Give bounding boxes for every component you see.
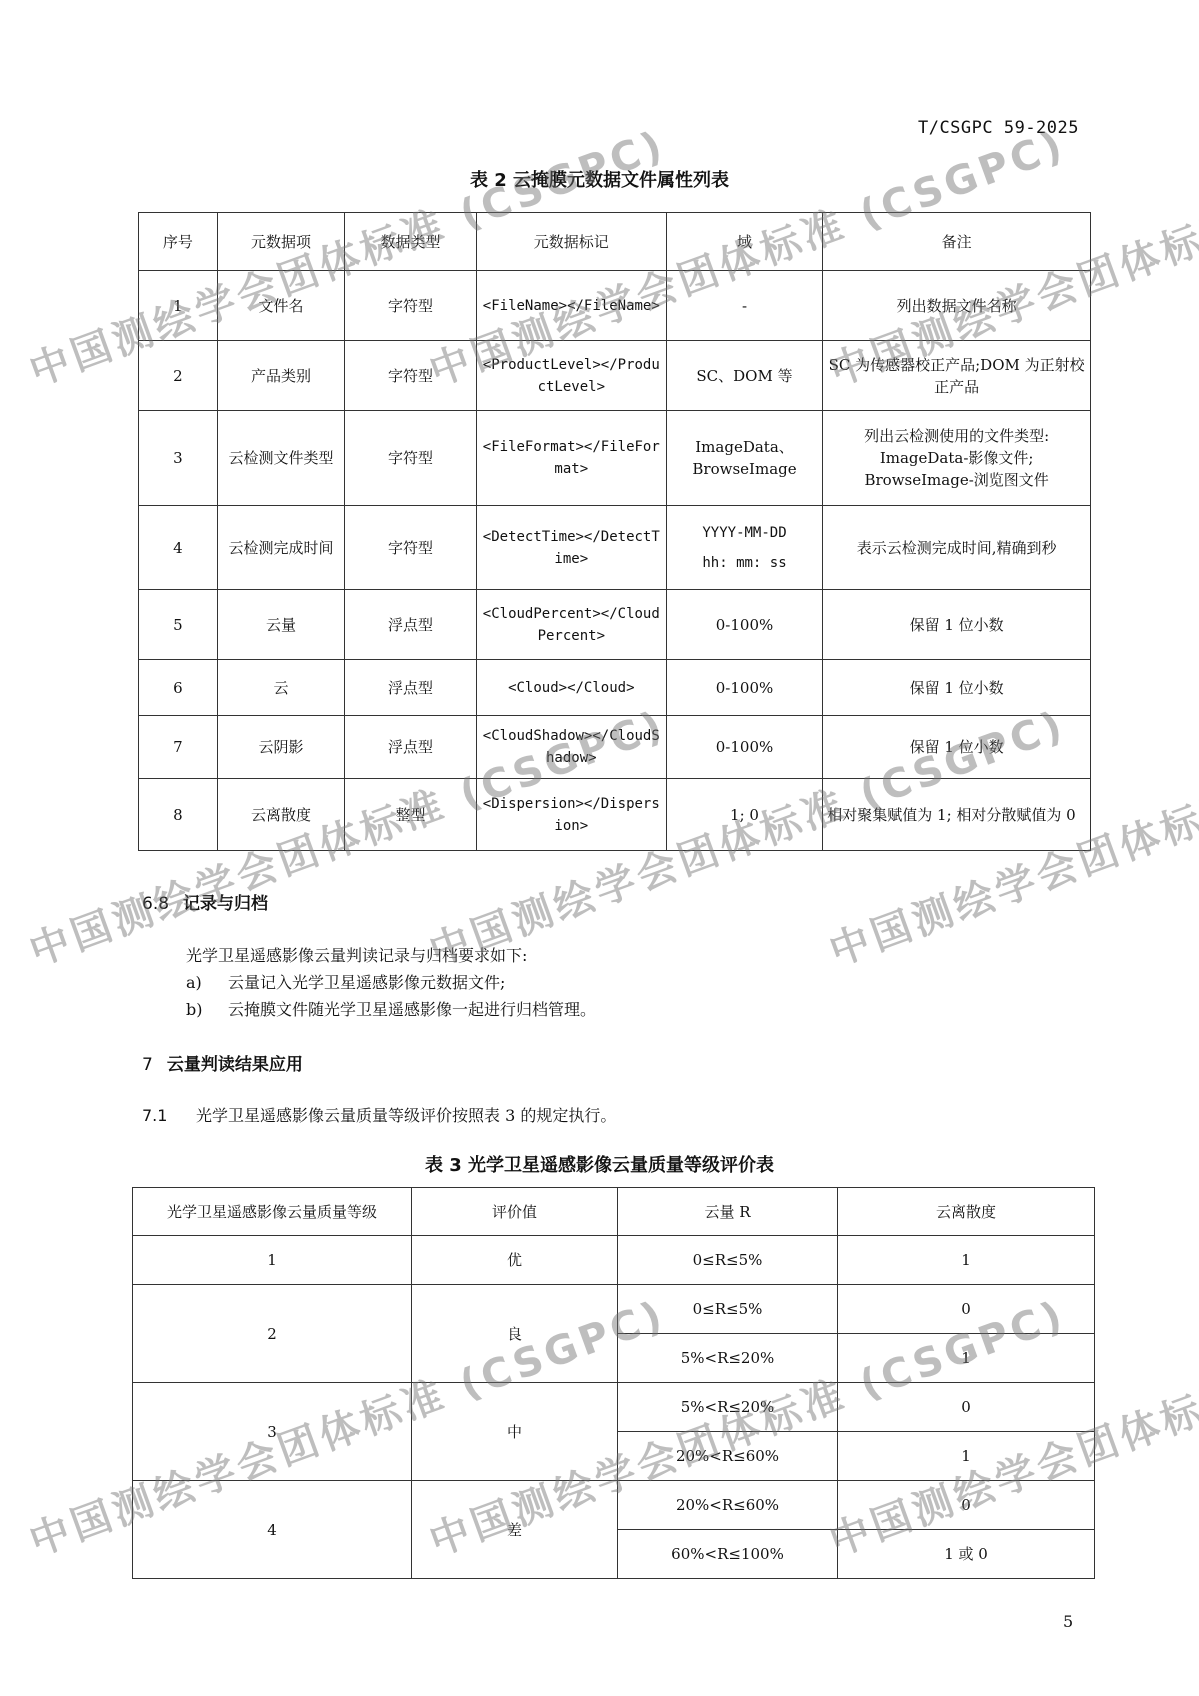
- cell-grade: 4: [133, 1481, 412, 1579]
- table3-header-row: 光学卫星遥感影像云量质量等级 评价值 云量 R 云离散度: [133, 1188, 1095, 1236]
- section-7-heading: 7云量判读结果应用: [142, 1050, 303, 1075]
- cell-note: 相对聚集赋值为 1; 相对分散赋值为 0: [823, 779, 1091, 851]
- col-header-grade: 光学卫星遥感影像云量质量等级: [133, 1188, 412, 1236]
- cell-rating: 良: [412, 1285, 618, 1383]
- cell-tag: <FileFormat></FileFormat>: [476, 411, 666, 506]
- cell-dispersion: 1: [838, 1334, 1095, 1383]
- cell-grade: 3: [133, 1383, 412, 1481]
- cell-dispersion: 1 或 0: [838, 1530, 1095, 1579]
- cell-dispersion: 1: [838, 1236, 1095, 1285]
- note-line: BrowseImage-浏览图文件: [827, 469, 1086, 491]
- section-number: 7.1: [142, 1106, 196, 1125]
- list-item: b)云掩膜文件随光学卫星遥感影像一起进行归档管理。: [186, 997, 596, 1020]
- cell-type: 浮点型: [345, 660, 477, 716]
- cell-range: 5%<R≤20%: [618, 1383, 838, 1432]
- note-line: 列出云检测使用的文件类型:: [827, 425, 1086, 447]
- cell-note: 保留 1 位小数: [823, 660, 1091, 716]
- cell-grade: 1: [133, 1236, 412, 1285]
- cell-domain: 0-100%: [666, 660, 823, 716]
- cell-rating: 中: [412, 1383, 618, 1481]
- domain-line: hh: mm: ss: [671, 552, 819, 574]
- cell-dispersion: 0: [838, 1285, 1095, 1334]
- col-header-tag: 元数据标记: [476, 213, 666, 271]
- cell-note: 列出云检测使用的文件类型: ImageData-影像文件; BrowseImag…: [823, 411, 1091, 506]
- list-text: 云掩膜文件随光学卫星遥感影像一起进行归档管理。: [228, 1000, 596, 1019]
- table-row: 1 文件名 字符型 <FileName></FileName> - 列出数据文件…: [139, 271, 1091, 341]
- list-text: 云量记入光学卫星遥感影像元数据文件;: [228, 973, 505, 992]
- cell-item: 云离散度: [217, 779, 344, 851]
- cell-tag: <DetectTime></DetectTime>: [476, 506, 666, 590]
- cell-note: 表示云检测完成时间,精确到秒: [823, 506, 1091, 590]
- table2-caption: 表 2 云掩膜元数据文件属性列表: [0, 166, 1199, 192]
- section-number: 7: [142, 1055, 153, 1075]
- cell-note: 保留 1 位小数: [823, 716, 1091, 779]
- col-header-item: 元数据项: [217, 213, 344, 271]
- section-number: 6.8: [142, 894, 169, 914]
- cell-dispersion: 0: [838, 1481, 1095, 1530]
- cell-no: 8: [139, 779, 218, 851]
- table-row: 1 优 0≤R≤5% 1: [133, 1236, 1095, 1285]
- table3-cloud-quality-grades: 光学卫星遥感影像云量质量等级 评价值 云量 R 云离散度 1 优 0≤R≤5% …: [132, 1187, 1095, 1579]
- cell-item: 云量: [217, 590, 344, 660]
- cell-type: 浮点型: [345, 716, 477, 779]
- table-row: 8 云离散度 整型 <Dispersion></Dispersion> 1; 0…: [139, 779, 1091, 851]
- cell-type: 字符型: [345, 506, 477, 590]
- section-title: 记录与归档: [183, 894, 268, 914]
- cell-range: 5%<R≤20%: [618, 1334, 838, 1383]
- section-6-8-intro: 光学卫星遥感影像云量判读记录与归档要求如下:: [186, 943, 527, 966]
- table-row: 3 云检测文件类型 字符型 <FileFormat></FileFormat> …: [139, 411, 1091, 506]
- cell-rating: 差: [412, 1481, 618, 1579]
- col-header-no: 序号: [139, 213, 218, 271]
- cell-no: 2: [139, 341, 218, 411]
- section-6-8-heading: 6.8记录与归档: [142, 889, 268, 914]
- cell-type: 整型: [345, 779, 477, 851]
- col-header-domain: 域: [666, 213, 823, 271]
- cell-dispersion: 1: [838, 1432, 1095, 1481]
- cell-item: 云检测文件类型: [217, 411, 344, 506]
- cell-no: 1: [139, 271, 218, 341]
- cell-item: 云检测完成时间: [217, 506, 344, 590]
- table-row: 5 云量 浮点型 <CloudPercent></CloudPercent> 0…: [139, 590, 1091, 660]
- cell-rating: 优: [412, 1236, 618, 1285]
- cell-item: 文件名: [217, 271, 344, 341]
- cell-domain: -: [666, 271, 823, 341]
- list-label: b): [186, 1000, 228, 1019]
- cell-tag: <CloudPercent></CloudPercent>: [476, 590, 666, 660]
- cell-type: 字符型: [345, 411, 477, 506]
- table2-cloud-mask-metadata: 序号 元数据项 数据类型 元数据标记 域 备注 1 文件名 字符型 <FileN…: [138, 212, 1091, 851]
- table-row: 2 良 0≤R≤5% 0: [133, 1285, 1095, 1334]
- cell-domain: 1; 0: [666, 779, 823, 851]
- table-row: 6 云 浮点型 <Cloud></Cloud> 0-100% 保留 1 位小数: [139, 660, 1091, 716]
- cell-domain: 0-100%: [666, 716, 823, 779]
- cell-note: 列出数据文件名称: [823, 271, 1091, 341]
- table2-header-row: 序号 元数据项 数据类型 元数据标记 域 备注: [139, 213, 1091, 271]
- cell-item: 云: [217, 660, 344, 716]
- note-line: ImageData-影像文件;: [827, 447, 1086, 469]
- cell-item: 产品类别: [217, 341, 344, 411]
- col-header-note: 备注: [823, 213, 1091, 271]
- cell-type: 字符型: [345, 271, 477, 341]
- table-row: 2 产品类别 字符型 <ProductLevel></ProductLevel>…: [139, 341, 1091, 411]
- cell-tag: <Dispersion></Dispersion>: [476, 779, 666, 851]
- section-7-1-paragraph: 7.1光学卫星遥感影像云量质量等级评价按照表 3 的规定执行。: [142, 1103, 616, 1126]
- table-row: 4 差 20%<R≤60% 0: [133, 1481, 1095, 1530]
- cell-tag: <CloudShadow></CloudShadow>: [476, 716, 666, 779]
- cell-item: 云阴影: [217, 716, 344, 779]
- cell-tag: <ProductLevel></ProductLevel>: [476, 341, 666, 411]
- cell-domain: YYYY-MM-DD hh: mm: ss: [666, 506, 823, 590]
- cell-note: SC 为传感器校正产品;DOM 为正射校正产品: [823, 341, 1091, 411]
- cell-note: 保留 1 位小数: [823, 590, 1091, 660]
- cell-no: 6: [139, 660, 218, 716]
- list-label: a): [186, 973, 228, 992]
- standard-code: T/CSGPC 59-2025: [918, 118, 1079, 138]
- cell-tag: <Cloud></Cloud>: [476, 660, 666, 716]
- cell-range: 20%<R≤60%: [618, 1432, 838, 1481]
- col-header-rating: 评价值: [412, 1188, 618, 1236]
- list-item: a)云量记入光学卫星遥感影像元数据文件;: [186, 970, 505, 993]
- page-number: 5: [1063, 1612, 1073, 1631]
- cell-tag: <FileName></FileName>: [476, 271, 666, 341]
- cell-range: 20%<R≤60%: [618, 1481, 838, 1530]
- cell-type: 字符型: [345, 341, 477, 411]
- cell-range: 0≤R≤5%: [618, 1285, 838, 1334]
- cell-no: 3: [139, 411, 218, 506]
- table-row: 3 中 5%<R≤20% 0: [133, 1383, 1095, 1432]
- cell-range: 0≤R≤5%: [618, 1236, 838, 1285]
- table-row: 7 云阴影 浮点型 <CloudShadow></CloudShadow> 0-…: [139, 716, 1091, 779]
- cell-dispersion: 0: [838, 1383, 1095, 1432]
- cell-range: 60%<R≤100%: [618, 1530, 838, 1579]
- cell-domain: SC、DOM 等: [666, 341, 823, 411]
- cell-no: 7: [139, 716, 218, 779]
- cell-domain: 0-100%: [666, 590, 823, 660]
- table3-caption: 表 3 光学卫星遥感影像云量质量等级评价表: [0, 1151, 1199, 1177]
- cell-grade: 2: [133, 1285, 412, 1383]
- col-header-type: 数据类型: [345, 213, 477, 271]
- table-row: 4 云检测完成时间 字符型 <DetectTime></DetectTime> …: [139, 506, 1091, 590]
- section-text: 光学卫星遥感影像云量质量等级评价按照表 3 的规定执行。: [196, 1106, 616, 1125]
- col-header-cloud-r: 云量 R: [618, 1188, 838, 1236]
- cell-type: 浮点型: [345, 590, 477, 660]
- section-title: 云量判读结果应用: [167, 1055, 303, 1075]
- domain-line: YYYY-MM-DD: [671, 522, 819, 544]
- cell-no: 5: [139, 590, 218, 660]
- cell-domain: ImageData、BrowseImage: [666, 411, 823, 506]
- cell-no: 4: [139, 506, 218, 590]
- col-header-dispersion: 云离散度: [838, 1188, 1095, 1236]
